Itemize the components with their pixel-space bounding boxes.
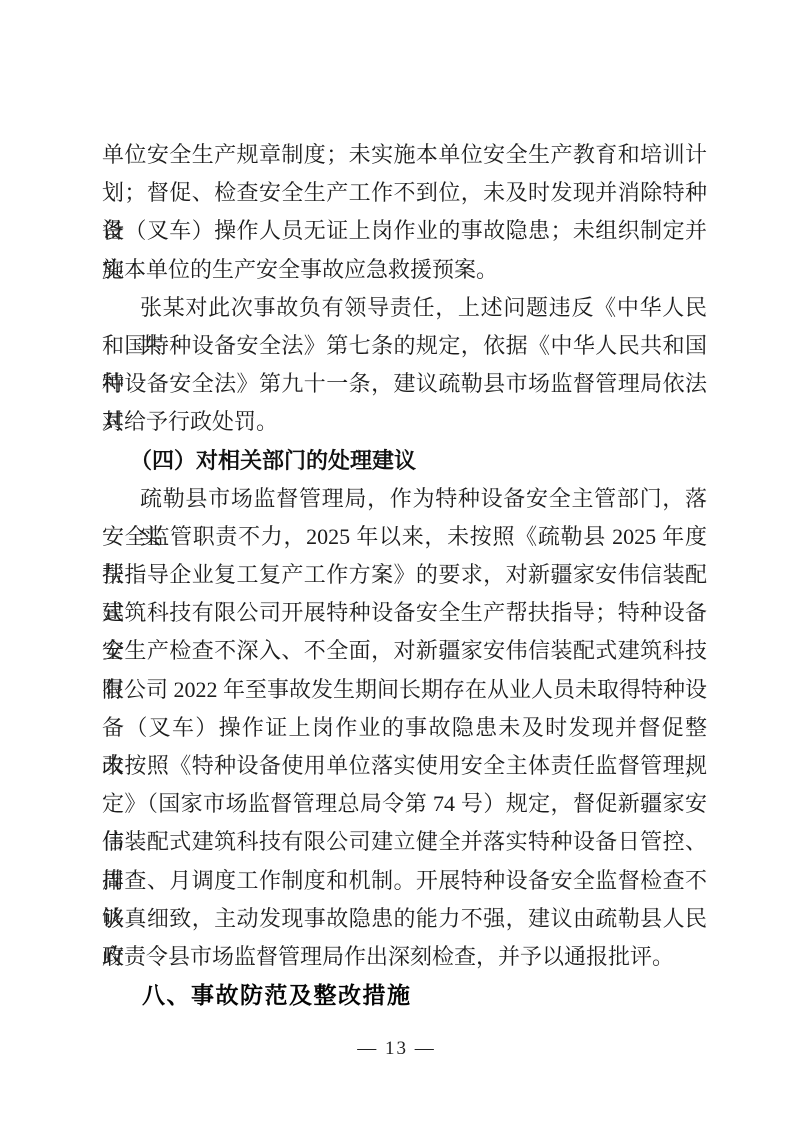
body-line: 张某对此次事故负有领导责任，上述问题违反《中华人民共 (102, 289, 707, 327)
body-line: 和国特种设备安全法》第七条的规定，依据《中华人民共和国特 (102, 327, 707, 365)
page-number: — 13 — (0, 1038, 793, 1060)
section-heading-prevention-measures: 八、事故防范及整改措施 (102, 976, 707, 1014)
body-line: 认真细致，主动发现事故隐患的能力不强，建议由疏勒县人民政 (102, 900, 707, 938)
body-line: 疏勒县市场监督管理局，作为特种设备安全主管部门，落实 (102, 480, 707, 518)
body-line: 安全监管职责不力，2025 年以来，未按照《疏勒县 2025 年度帮 (102, 518, 707, 556)
body-line: 备（叉车）操作证上岗作业的事故隐患未及时发现并督促整改， (102, 709, 707, 747)
body-line: 信装配式建筑科技有限公司建立健全并落实特种设备日管控、周 (102, 823, 707, 861)
body-line: 限公司 2022 年至事故发生期间长期存在从业人员未取得特种设 (102, 671, 707, 709)
body-line: 施本单位的生产安全事故应急救援预案。 (102, 251, 707, 289)
section-heading-related-departments: （四）对相关部门的处理建议 (102, 442, 707, 480)
body-line: 单位安全生产规章制度；未实施本单位安全生产教育和培训计 (102, 136, 707, 174)
body-line: 全生产检查不深入、不全面，对新疆家安伟信装配式建筑科技有 (102, 632, 707, 670)
body-line: 种设备安全法》第九十一条，建议疏勒县市场监督管理局依法对 (102, 365, 707, 403)
body-line: 排查、月调度工作制度和机制。开展特种设备安全监督检查不够 (102, 862, 707, 900)
document-page: 单位安全生产规章制度；未实施本单位安全生产教育和培训计 划；督促、检查安全生产工… (0, 0, 793, 1122)
body-line: 建筑科技有限公司开展特种设备安全生产帮扶指导；特种设备安 (102, 594, 707, 632)
body-line: 其给予行政处罚。 (102, 403, 707, 441)
document-body: 单位安全生产规章制度；未实施本单位安全生产教育和培训计 划；督促、检查安全生产工… (102, 136, 707, 1014)
body-line: 府责令县市场监督管理局作出深刻检查，并予以通报批评。 (102, 938, 707, 976)
body-line: 扶指导企业复工复产工作方案》的要求，对新疆家安伟信装配式 (102, 556, 707, 594)
body-line: 划；督促、检查安全生产工作不到位，未及时发现并消除特种设 (102, 174, 707, 212)
body-line: 未按照《特种设备使用单位落实使用安全主体责任监督管理规 (102, 747, 707, 785)
body-line: 备（叉车）操作人员无证上岗作业的事故隐患；未组织制定并实 (102, 212, 707, 250)
body-line: 定》（国家市场监督管理总局令第 74 号）规定，督促新疆家安伟 (102, 785, 707, 823)
